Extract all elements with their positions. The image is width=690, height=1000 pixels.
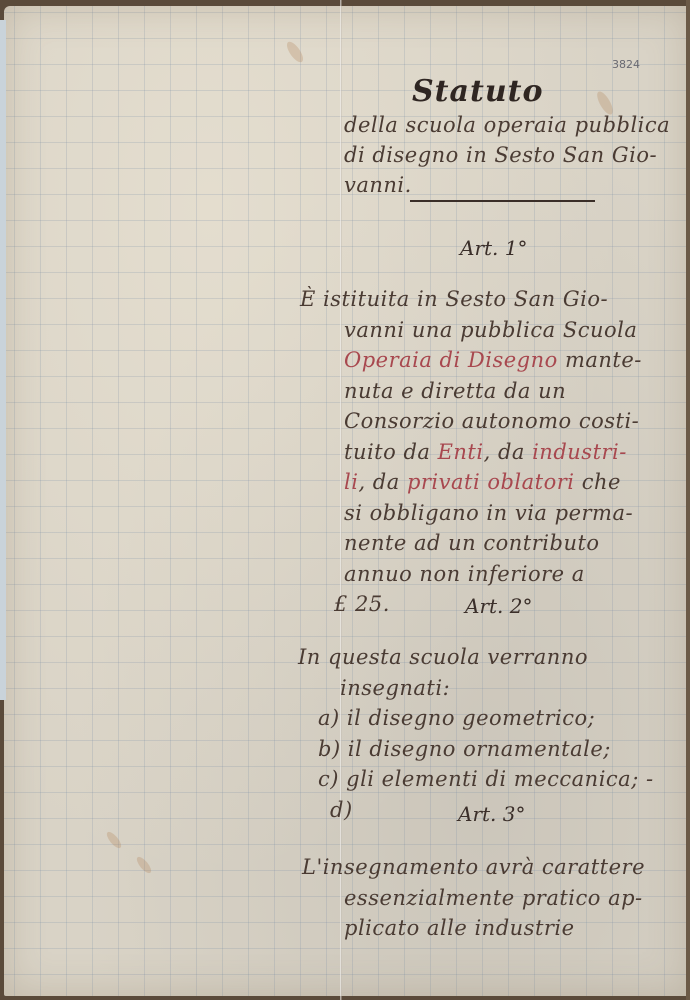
subtitle-line: di disegno in Sesto San Gio- (344, 140, 657, 171)
article-text-line: c) gli elementi di meccanica; - (318, 764, 654, 795)
text-segment: vanni una pubblica Scuola (344, 318, 637, 342)
article-text-line: d) (330, 795, 353, 826)
text-segment: d) (330, 798, 353, 822)
text-segment: plicato alle industrie (344, 916, 575, 940)
text-segment: , da (358, 470, 407, 494)
article-heading: Art. 2° (465, 594, 532, 618)
text-segment: essenzialmente pratico ap- (344, 886, 643, 910)
article-text-line: tuito da Enti, da industri- (344, 437, 627, 468)
text-segment: insegnati: (340, 676, 450, 700)
text-segment: Consorzio autonomo costi- (344, 409, 639, 433)
text-segment: nuta e diretta da un (344, 379, 566, 403)
text-segment: si obbligano in via perma- (344, 501, 633, 525)
text-segment: tuito da (344, 440, 438, 464)
article-text-line: annuo non inferiore a (344, 559, 585, 590)
text-segment: b) il disegno ornamentale; (318, 737, 611, 761)
subtitle-line: della scuola operaia pubblica (344, 110, 670, 141)
article-text-line: Operaia di Disegno mante- (344, 345, 642, 376)
text-segment: annuo non inferiore a (344, 562, 585, 586)
highlighted-text: privati oblatori (407, 470, 575, 494)
article-text-line: nuta e diretta da un (344, 376, 566, 407)
highlighted-text: Enti (438, 440, 484, 464)
catalog-number: 3824 (612, 58, 640, 71)
article-text-line: È istituita in Sesto San Gio- (300, 284, 608, 315)
article-text-line: £ 25. (334, 589, 390, 620)
article-text-line: li, da privati oblatori che (344, 467, 621, 498)
text-segment: L'insegnamento avrà carattere (302, 855, 645, 879)
article-text-line: a) il disegno geometrico; (318, 703, 595, 734)
article-heading: Art. 3° (458, 802, 525, 826)
page-fold-edge (340, 0, 342, 1000)
title-divider (410, 200, 595, 202)
article-text-line: b) il disegno ornamentale; (318, 734, 611, 765)
article-text-line: In questa scuola verranno (298, 642, 588, 673)
article-heading: Art. 1° (460, 236, 527, 260)
article-text-line: essenzialmente pratico ap- (344, 883, 643, 914)
text-segment: a) il disegno geometrico; (318, 706, 595, 730)
text-segment: , da (484, 440, 533, 464)
right-cover-edge (686, 0, 690, 1000)
text-segment: In questa scuola verranno (298, 645, 588, 669)
article-text-line: vanni una pubblica Scuola (344, 315, 637, 346)
article-text-line: insegnati: (340, 673, 450, 704)
text-segment: mante- (558, 348, 642, 372)
text-segment: £ 25. (334, 592, 390, 616)
text-segment: nente ad un contributo (344, 531, 600, 555)
document-title: Statuto (412, 74, 544, 109)
text-segment: È istituita in Sesto San Gio- (300, 287, 608, 311)
article-text-line: L'insegnamento avrà carattere (302, 852, 645, 883)
article-text-line: nente ad un contributo (344, 528, 600, 559)
text-segment: c) gli elementi di meccanica; - (318, 767, 654, 791)
text-segment: che (575, 470, 621, 494)
article-text-line: plicato alle industrie (344, 913, 575, 944)
highlighted-text: li (344, 470, 358, 494)
highlighted-text: industri- (532, 440, 627, 464)
article-text-line: Consorzio autonomo costi- (344, 406, 639, 437)
background-edge (0, 20, 6, 700)
subtitle-line: vanni. (344, 170, 412, 201)
highlighted-text: Operaia di Disegno (344, 348, 558, 372)
article-text-line: si obbligano in via perma- (344, 498, 633, 529)
